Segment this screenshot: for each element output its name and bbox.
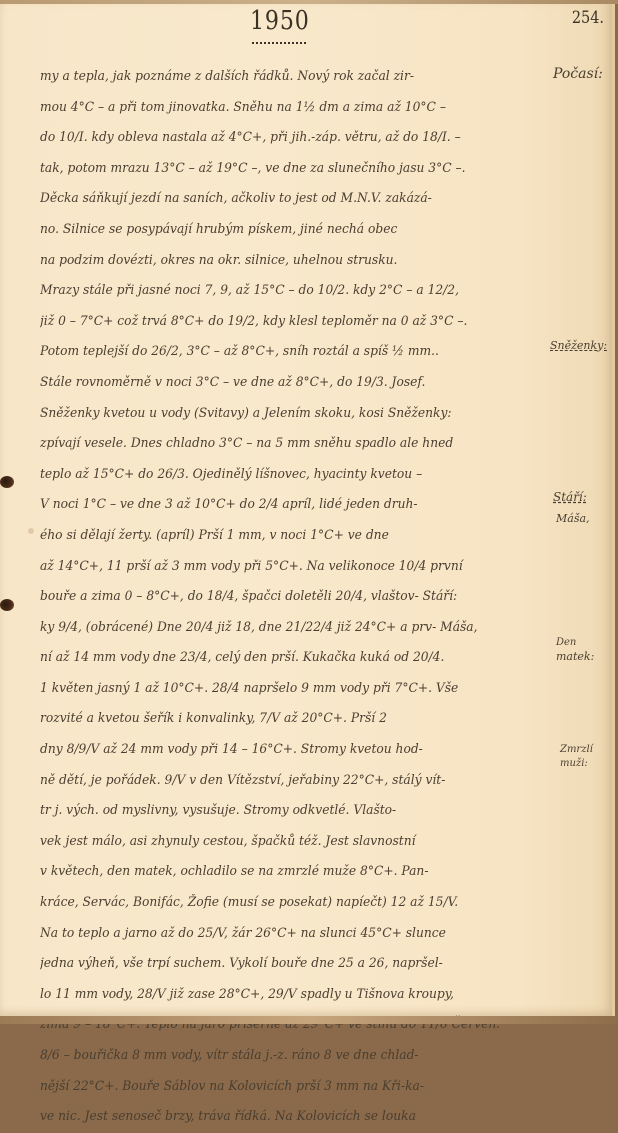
text-line: Na to teplo a jarno až do 25/V, žár 26°C… — [40, 919, 524, 950]
text-line: no. Silnice se posypávají hrubým pískem,… — [40, 215, 524, 246]
paper-stain — [28, 528, 34, 534]
page-year-heading: 1950 — [250, 6, 310, 36]
text-line: teplo až 15°C+ do 26/3. Ojedinělý líšnov… — [40, 460, 524, 491]
text-line: na podzim dovézti, okres na okr. silnice… — [40, 246, 524, 277]
text-line: dny 8/9/V až 24 mm vody při 14 – 16°C+. … — [40, 735, 524, 766]
page-bottom-edge — [0, 1016, 618, 1024]
margin-note-masa: Máša, — [556, 512, 590, 525]
margin-note-snezenky: Sněženky: — [550, 339, 607, 352]
text-line: jedna výheň, vše trpí suchem. Vykolí bou… — [40, 949, 524, 980]
handwritten-text-body: my a tepla, jak poznáme z dalších řádků.… — [40, 62, 560, 1024]
text-line: vek jest málo, asi zhynuly cestou, špačk… — [40, 827, 524, 858]
text-line: tr j. vých. od myslivny, vysušuje. Strom… — [40, 796, 524, 827]
text-line: Potom teplejší do 26/2, 3°C – až 8°C+, s… — [40, 337, 524, 368]
text-line: kráce, Servác, Bonifác, Žofie (musí se p… — [40, 888, 524, 919]
text-line: ně dětí, je pořádek. 9/V v den Vítězství… — [40, 766, 524, 797]
manuscript-page: 1950 254. my a tepla, jak poznáme z dalš… — [0, 0, 615, 1016]
binding-hole-icon — [0, 599, 14, 611]
page-number: 254. — [572, 8, 604, 28]
margin-note-muzi: muži: — [560, 758, 588, 769]
binding-hole-icon — [0, 476, 14, 488]
text-line: do 10/I. kdy obleva nastala až 4°C+, při… — [40, 123, 524, 154]
margin-note-den: Den — [556, 637, 576, 648]
text-line: my a tepla, jak poznáme z dalších řádků.… — [40, 62, 524, 93]
text-line: bouře a zima 0 – 8°C+, do 18/4, špačci d… — [40, 582, 524, 613]
text-line: zpívají vesele. Dnes chladno 3°C – na 5 … — [40, 429, 524, 460]
text-line: lo 11 mm vody, 28/V již zase 28°C+, 29/V… — [40, 980, 524, 1011]
text-line: ní až 14 mm vody dne 23/4, celý den prší… — [40, 643, 524, 674]
text-line: 1 květen jasný 1 až 10°C+. 28/4 napršelo… — [40, 674, 524, 705]
text-line: rozvité a kvetou šeřík i konvalinky, 7/V… — [40, 704, 524, 735]
text-line: ého si dělají žerty. (apríl) Prší 1 mm, … — [40, 521, 524, 552]
margin-note-pocasi: Počasí: — [553, 66, 603, 82]
text-line: mou 4°C – a při tom jinovatka. Sněhu na … — [40, 93, 524, 124]
margin-note-matek: matek: — [556, 650, 594, 663]
text-line: až 14°C+, 11 prší až 3 mm vody při 5°C+.… — [40, 552, 524, 583]
text-line: Mrazy stále při jasné noci 7, 9, až 15°C… — [40, 276, 524, 307]
text-line: již 0 – 7°C+ což trvá 8°C+ do 19/2, kdy … — [40, 307, 524, 338]
text-line: Sněženky kvetou u vody (Svitavy) a Jelen… — [40, 399, 524, 430]
margin-note-stari: Stáří: — [553, 490, 587, 504]
text-line: Děcka sáňkují jezdí na saních, ačkoliv t… — [40, 184, 524, 215]
year-underline — [252, 42, 306, 44]
text-line: V noci 1°C – ve dne 3 až 10°C+ do 2/4 ap… — [40, 490, 524, 521]
text-line: tak, potom mrazu 13°C – až 19°C –, ve dn… — [40, 154, 524, 185]
page-top-edge — [0, 0, 618, 4]
margin-note-zmrzli: Zmrzlí — [560, 744, 593, 755]
text-line: ky 9/4, (obrácené) Dne 20/4 již 18, dne … — [40, 613, 524, 644]
text-line: v květech, den matek, ochladilo se na zm… — [40, 857, 524, 888]
text-line: Stále rovnoměrně v noci 3°C – ve dne až … — [40, 368, 524, 399]
